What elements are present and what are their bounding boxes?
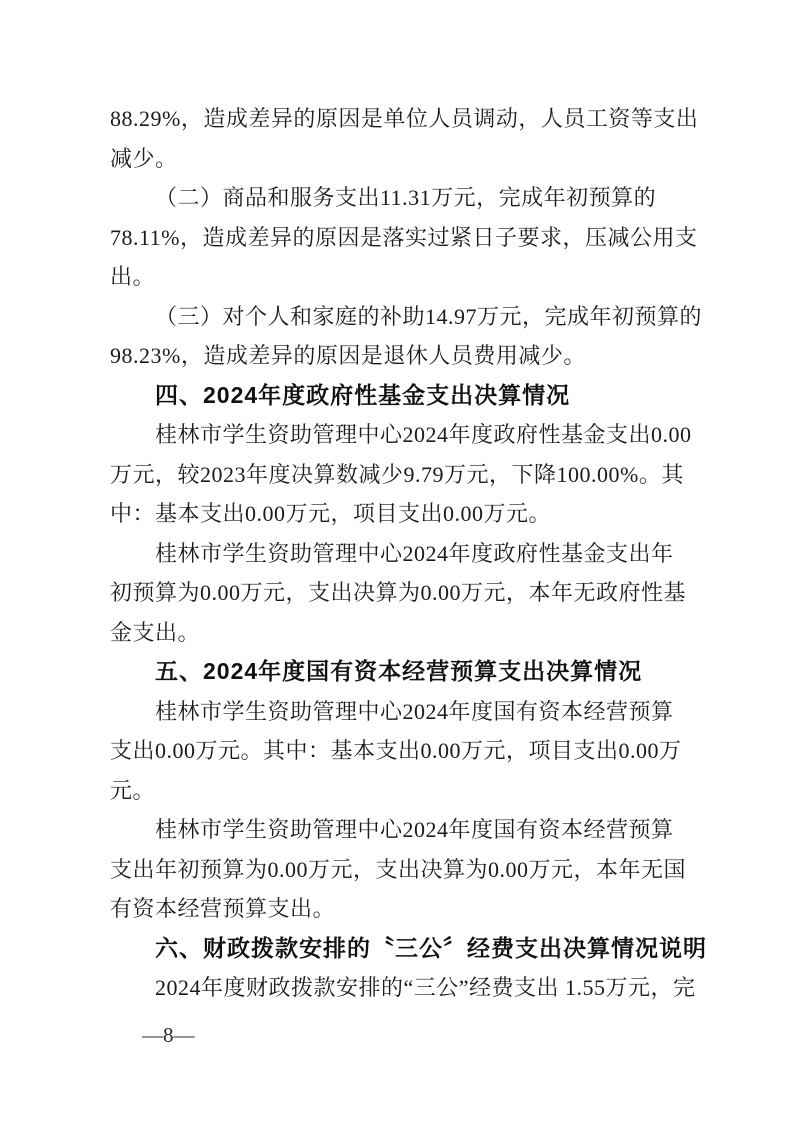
paragraph-line: 桂林市学生资助管理中心2024年度国有资本经营预算 xyxy=(110,692,730,732)
paragraph-line: 78.11%，造成差异的原因是落实过紧日子要求，压减公用支 xyxy=(110,218,730,258)
paragraph-line: 桂林市学生资助管理中心2024年度国有资本经营预算 xyxy=(110,810,730,850)
section-heading-4: 四、2024年度政府性基金支出决算情况 xyxy=(110,376,730,416)
paragraph-line: 88.29%，造成差异的原因是单位人员调动，人员工资等支出 xyxy=(110,99,730,139)
paragraph-line: 桂林市学生资助管理中心2024年度政府性基金支出年 xyxy=(110,534,730,574)
paragraph-line: 中：基本支出0.00万元，项目支出0.00万元。 xyxy=(110,494,730,534)
section-heading-5: 五、2024年度国有资本经营预算支出决算情况 xyxy=(110,652,730,692)
paragraph-line: 98.23%，造成差异的原因是退休人员费用减少。 xyxy=(110,336,730,376)
paragraph-line: （二）商品和服务支出11.31万元，完成年初预算的 xyxy=(110,178,730,218)
paragraph-line: 元。 xyxy=(110,771,730,811)
paragraph-line: 出。 xyxy=(110,257,730,297)
paragraph-line: 2024年度财政拨款安排的“三公”经费支出 1.55万元，完 xyxy=(110,968,730,1008)
paragraph-line: 支出0.00万元。其中：基本支出0.00万元，项目支出0.00万 xyxy=(110,731,730,771)
paragraph-line: 减少。 xyxy=(110,139,730,179)
document-body: 88.29%，造成差异的原因是单位人员调动，人员工资等支出 减少。 （二）商品和… xyxy=(110,99,730,1008)
paragraph-line: 金支出。 xyxy=(110,613,730,653)
paragraph-line: 有资本经营预算支出。 xyxy=(110,889,730,929)
section-heading-6: 六、财政拨款安排的〝三公〞经费支出决算情况说明 xyxy=(110,929,730,969)
document-page: 88.29%，造成差异的原因是单位人员调动，人员工资等支出 减少。 （二）商品和… xyxy=(0,0,800,1131)
paragraph-line: 桂林市学生资助管理中心2024年度政府性基金支出0.00 xyxy=(110,415,730,455)
page-number: —8— xyxy=(142,1022,195,1048)
paragraph-line: （三）对个人和家庭的补助14.97万元，完成年初预算的 xyxy=(110,297,730,337)
paragraph-line: 支出年初预算为0.00万元，支出决算为0.00万元，本年无国 xyxy=(110,850,730,890)
paragraph-line: 万元，较2023年度决算数减少9.79万元，下降100.00%。其 xyxy=(110,455,730,495)
paragraph-line: 初预算为0.00万元，支出决算为0.00万元，本年无政府性基 xyxy=(110,573,730,613)
